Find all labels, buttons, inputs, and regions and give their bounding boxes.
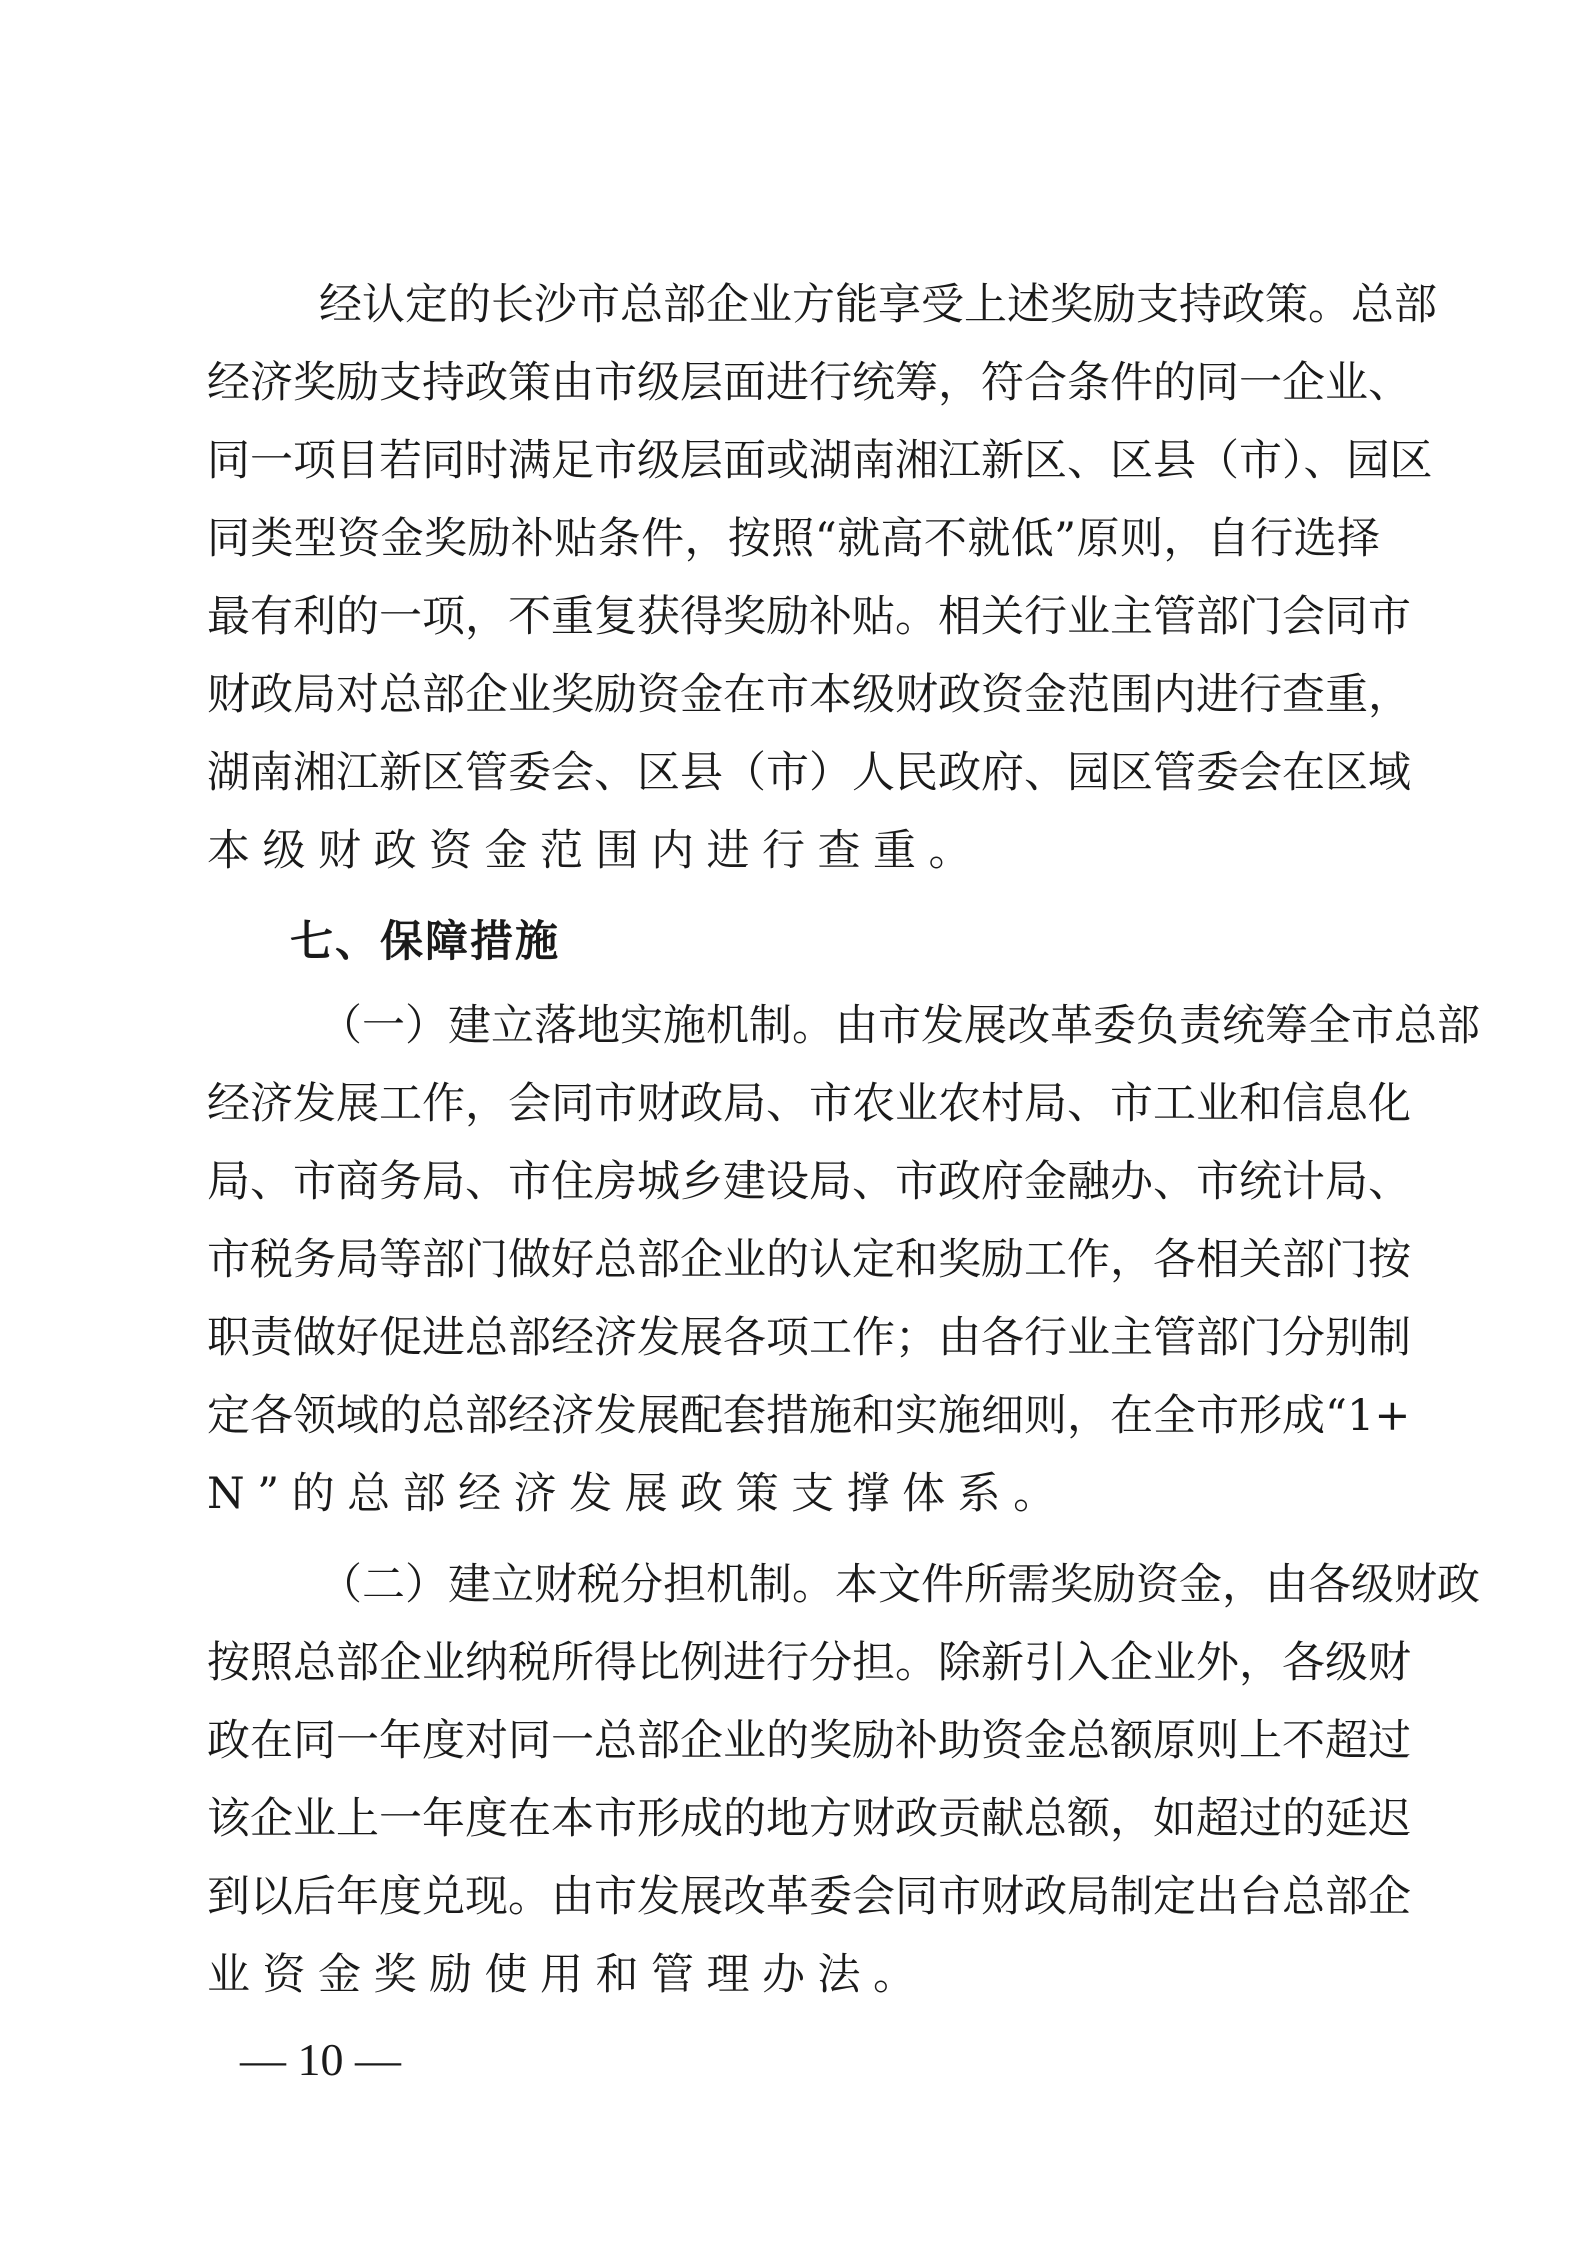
paragraph-line: 财政局对总部企业奖励资金在市本级财政资金范围内进行查重，: [207, 665, 1380, 725]
subsection-line: 定各领域的总部经济发展配套措施和实施细则，在全市形成“1+: [207, 1386, 1380, 1446]
page-number: — 10 —: [240, 2032, 401, 2088]
subsection-line: 经济发展工作，会同市财政局、市农业农村局、市工业和信息化: [207, 1074, 1380, 1134]
subsection-line: 按照总部企业纳税所得比例进行分担。除新引入企业外，各级财: [207, 1633, 1380, 1693]
subsection-line: N”的总部经济发展政策支撑体系。: [207, 1464, 1380, 1524]
paragraph-line: 经济奖励支持政策由市级层面进行统筹，符合条件的同一企业、: [207, 353, 1380, 413]
subsection-line: （一）建立落地实施机制。由市发展改革委负责统筹全市总部: [319, 996, 1380, 1056]
paragraph-line: 最有利的一项，不重复获得奖励补贴。相关行业主管部门会同市: [207, 587, 1380, 647]
paragraph-line: 湖南湘江新区管委会、区县（市）人民政府、园区管委会在区域: [207, 743, 1380, 803]
subsection-line: 该企业上一年度在本市形成的地方财政贡献总额，如超过的延迟: [207, 1789, 1380, 1849]
subsection-line: 市税务局等部门做好总部企业的认定和奖励工作，各相关部门按: [207, 1230, 1380, 1290]
section-heading: 七、保障措施: [290, 912, 560, 972]
subsection-line: （二）建立财税分担机制。本文件所需奖励资金，由各级财政: [319, 1555, 1380, 1615]
subsection-line: 局、市商务局、市住房城乡建设局、市政府金融办、市统计局、: [207, 1152, 1380, 1212]
document-page: 经认定的长沙市总部企业方能享受上述奖励支持政策。总部 经济奖励支持政策由市级层面…: [0, 0, 1587, 2245]
paragraph-line: 本级财政资金范围内进行查重。: [207, 821, 1380, 881]
paragraph-line: 同类型资金奖励补贴条件，按照“就高不就低”原则，自行选择: [207, 509, 1380, 569]
subsection-line: 政在同一年度对同一总部企业的奖励补助资金总额原则上不超过: [207, 1711, 1380, 1771]
paragraph-line: 同一项目若同时满足市级层面或湖南湘江新区、区县（市）、园区: [207, 431, 1380, 491]
subsection-line: 业资金奖励使用和管理办法。: [207, 1945, 1380, 2005]
subsection-line: 职责做好促进总部经济发展各项工作；由各行业主管部门分别制: [207, 1308, 1380, 1368]
paragraph-line: 经认定的长沙市总部企业方能享受上述奖励支持政策。总部: [319, 275, 1380, 335]
subsection-line: 到以后年度兑现。由市发展改革委会同市财政局制定出台总部企: [207, 1867, 1380, 1927]
